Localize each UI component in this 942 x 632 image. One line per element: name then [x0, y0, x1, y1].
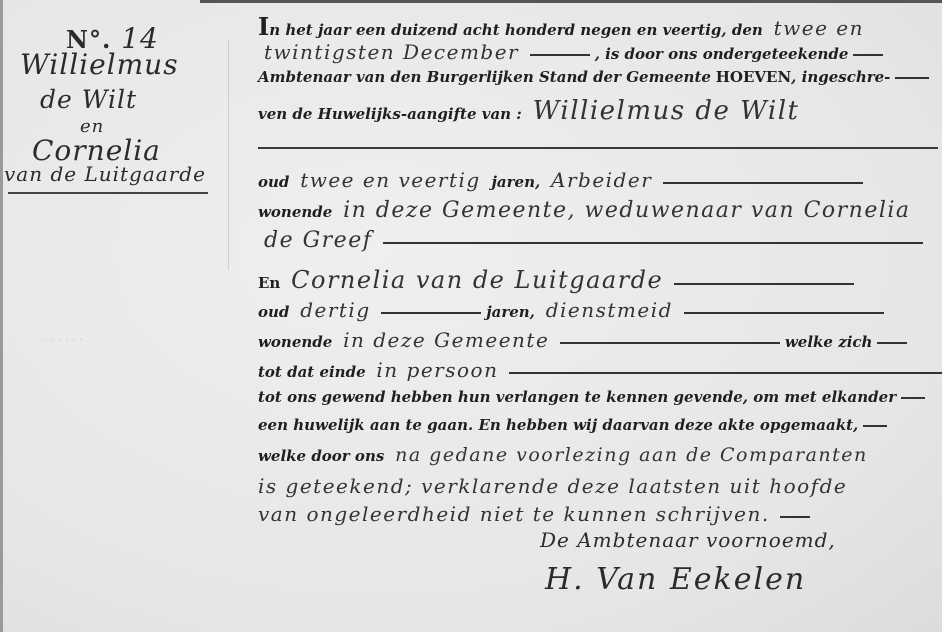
bride-residence-fill: in deze Gemeente — [343, 328, 549, 352]
dash-rule — [901, 397, 925, 399]
body-line-12: tot ons gewend hebben hun verlangen te k… — [258, 388, 925, 416]
body-line-13: een huwelijk aan te gaan. En hebben wij … — [258, 416, 887, 444]
dash-rule — [863, 425, 887, 427]
dash-rule — [663, 182, 863, 184]
in-person-fill: in persoon — [376, 358, 498, 382]
day-fill: twee en — [774, 16, 864, 40]
bride-name-fill: Cornelia van de Luitgaarde — [291, 266, 663, 294]
body-line-11: tot dat einde in persoon — [258, 358, 942, 386]
date-fill: twintigsten December — [264, 40, 519, 64]
official-signature: H. Van Eekelen — [545, 562, 806, 597]
body-line-14: welke door ons na gedane voorlezing aan … — [258, 444, 874, 472]
deceased-spouse-fill: de Greef — [264, 228, 372, 253]
dash-rule — [383, 242, 923, 244]
dash-rule — [684, 312, 884, 314]
official-title: De Ambtenaar voornoemd, — [540, 528, 836, 552]
body-line-1: In het jaar een duizend acht honderd neg… — [258, 12, 870, 40]
municipality-name: HOEVEN — [716, 68, 791, 86]
body-line-6: wonende in deze Gemeente, weduwenaar van… — [258, 198, 917, 226]
body-line-10: wonende in deze Gemeente welke zich — [258, 328, 907, 356]
reading-clause-fill: na gedane voorlezing aan de Comparanten — [395, 444, 868, 466]
margin-groom-surname: de Wilt — [40, 85, 137, 114]
groom-name-fill: Willielmus de Wilt — [533, 96, 800, 126]
dash-rule — [780, 516, 810, 518]
body-line-15: is geteekend; verklarende deze laatsten … — [258, 474, 853, 502]
bride-age-fill: dertig — [300, 298, 370, 322]
blank-rule — [258, 147, 938, 149]
margin-bride-surname: van de Luitgaarde — [4, 162, 206, 186]
body-line-16: van ongeleerdheid niet te kunnen schrijv… — [258, 502, 810, 530]
dash-rule — [853, 54, 883, 56]
illiteracy-clause-fill: van ongeleerdheid niet te kunnen schrijv… — [258, 502, 770, 526]
body-line-3: Ambtenaar van den Burgerlijken Stand der… — [258, 68, 929, 96]
dash-rule — [560, 342, 780, 344]
top-border-rule — [200, 0, 942, 3]
body-line-8: En Cornelia van de Luitgaarde — [258, 266, 854, 294]
body-line-7: de Greef — [258, 228, 923, 256]
signing-clause-fill: is geteekend; verklarende deze laatsten … — [258, 474, 847, 498]
bleed-through-text: · · · · · · — [44, 333, 82, 346]
dash-rule — [381, 312, 481, 314]
body-line-5: oud twee en veertig jaren, Arbeider — [258, 168, 863, 196]
dash-rule — [877, 342, 907, 344]
scanned-record-page: N°. 14 Willielmus de Wilt en Cornelia va… — [0, 0, 942, 632]
body-line-9: oud dertig jaren, dienstmeid — [258, 298, 884, 326]
body-line-4: ven de Huwelijks-aangifte van : Willielm… — [258, 96, 806, 124]
groom-age-fill: twee en veertig — [300, 168, 481, 192]
dash-rule — [530, 54, 590, 56]
dash-rule — [674, 283, 854, 285]
opening-text: In het jaar een duizend acht honderd neg… — [258, 21, 763, 39]
dash-rule — [895, 77, 929, 79]
body-line-2: twintigsten December , is door ons onder… — [258, 40, 883, 68]
line2-printed: , is door ons ondergeteekende — [595, 45, 849, 63]
groom-occupation-fill: Arbeider — [551, 168, 652, 192]
page-left-edge — [0, 0, 3, 632]
groom-residence-fill: in deze Gemeente, weduwenaar van Corneli… — [343, 198, 910, 223]
margin-rule — [8, 192, 208, 194]
bride-occupation-fill: dienstmeid — [546, 298, 673, 322]
dash-rule — [509, 372, 942, 374]
margin-divider — [228, 40, 229, 270]
margin-groom-first-name: Willielmus — [20, 48, 179, 81]
